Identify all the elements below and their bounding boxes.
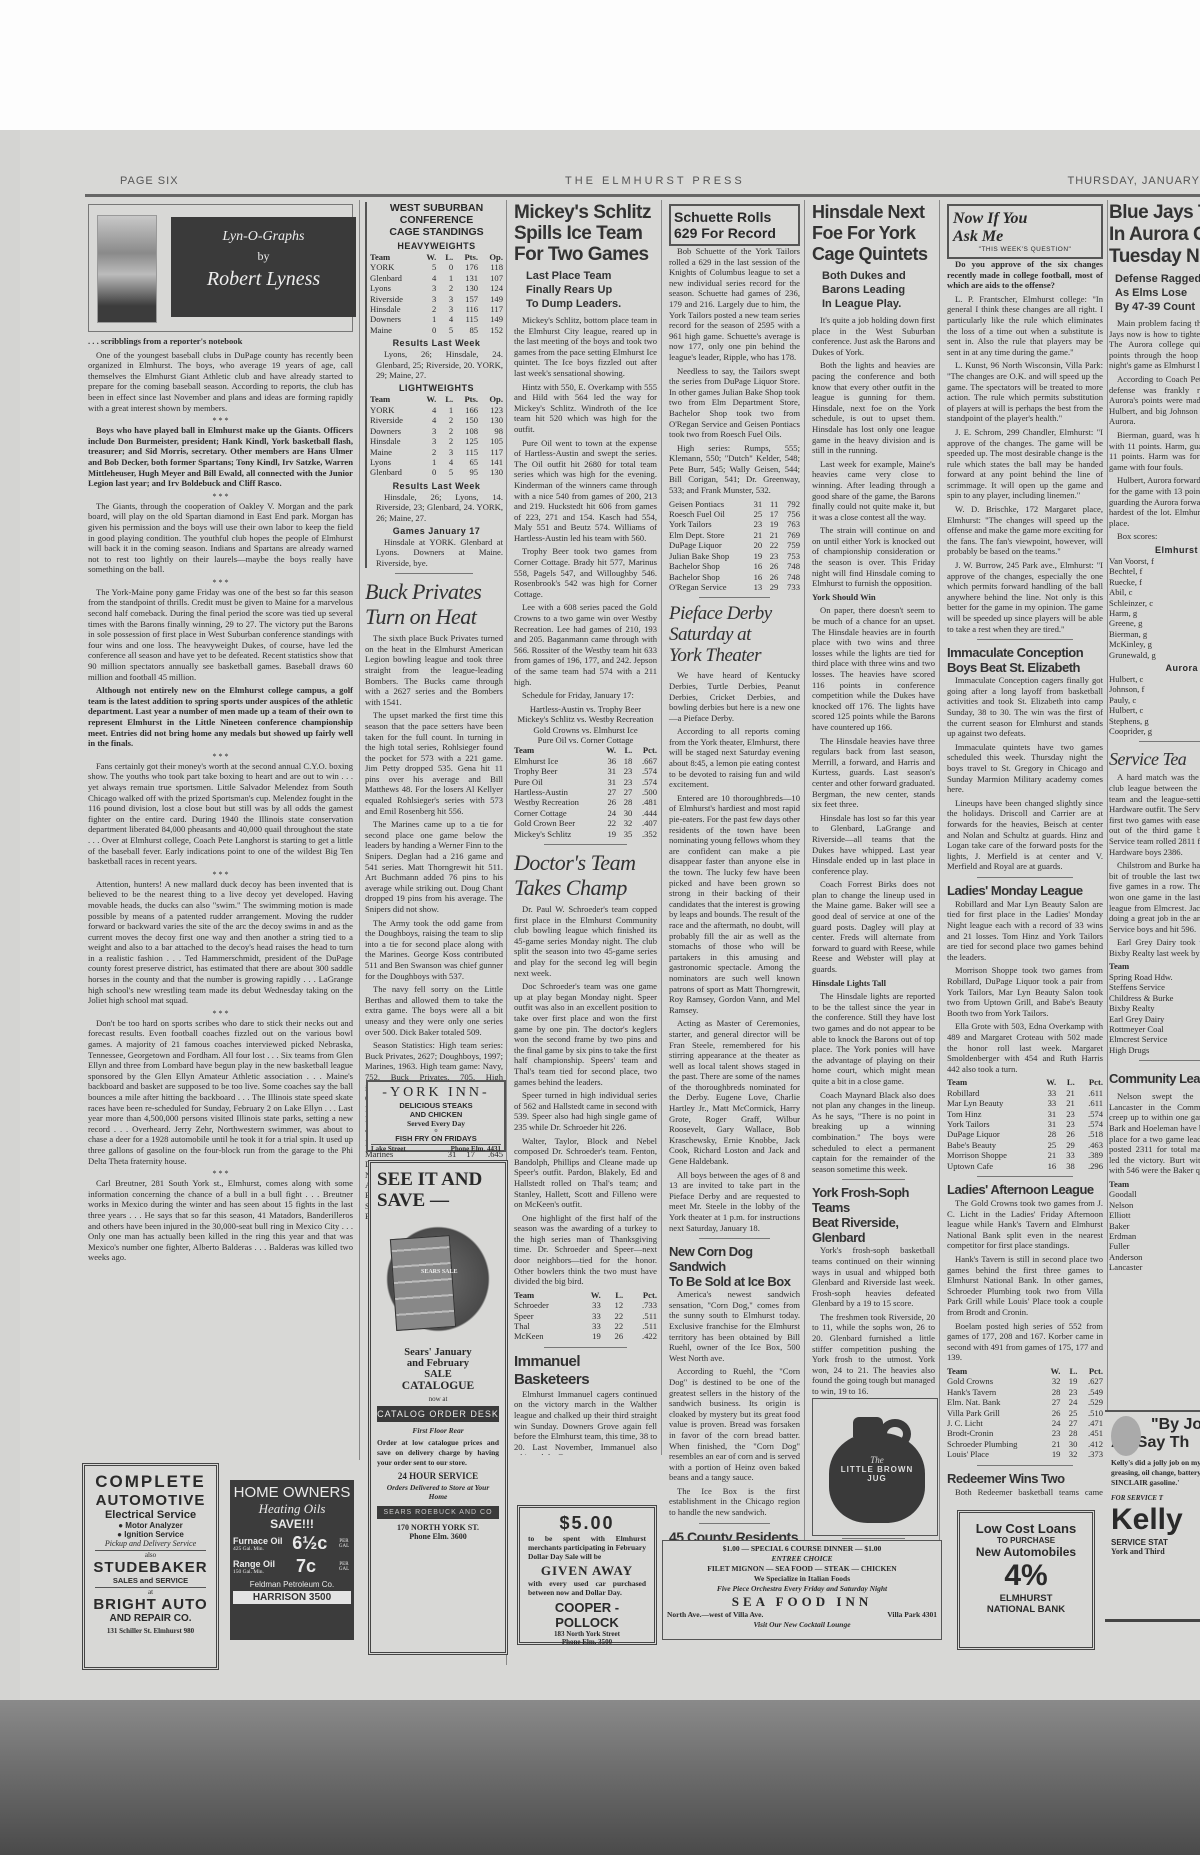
article-paragraph: America's newest sandwich sensation, "Co… <box>669 1289 800 1363</box>
table-row: Elm. Nat. Bank2724.529 <box>947 1397 1103 1407</box>
column-lyn-o-graphs: Lyn-O-Graphs by Robert Lyness . . . scri… <box>82 200 360 1460</box>
deck-line: To Dump Leaders. <box>526 297 645 311</box>
article-paragraph: The Hinsdale heavies have three regulars… <box>812 736 935 810</box>
subhead: York Should Win <box>812 592 935 603</box>
table-row: YORK50176118 <box>370 262 503 272</box>
cell: Schroeder Plumbing <box>947 1439 1042 1449</box>
cell: .667 <box>632 756 657 766</box>
scan-bottom-margin <box>0 1700 1200 1855</box>
cell: 17 <box>762 509 778 519</box>
article-paragraph: High series: Rumps, 555; Klemann, 550; "… <box>669 443 800 496</box>
headline: 629 For Record <box>674 225 795 241</box>
cell: .296 <box>1075 1161 1103 1171</box>
table-row: Childress & Burke30 <box>1109 993 1200 1003</box>
table-row: Julian Bake Shop1923753 <box>669 551 800 561</box>
cell: 85 <box>453 325 478 335</box>
cell: .481 <box>632 797 657 807</box>
headline: Ladies' Monday League <box>947 883 1103 899</box>
article-paragraph: Acting as Master of Ceremonies, starter,… <box>669 1018 800 1166</box>
cell: 107 <box>478 273 503 283</box>
author-photo <box>97 215 157 323</box>
cell: 31 <box>598 766 616 776</box>
divider <box>699 1523 770 1524</box>
cell: 5 <box>417 262 437 272</box>
cell: 748 <box>778 572 800 582</box>
table-header: TeamW.L.Pts.Op. <box>370 394 503 404</box>
schedule-item: Hartless-Austin vs. Trophy Beer <box>514 704 657 714</box>
deck-line: In League Play. <box>822 297 925 311</box>
cell: 141 <box>478 457 503 467</box>
article-paragraph: One highlight of the first half of the s… <box>514 1213 657 1287</box>
cell: Elmcrest Service <box>1109 1034 1200 1044</box>
ad-headline: Low Cost Loans <box>964 1521 1088 1536</box>
schedule-list: Hartless-Austin vs. Trophy Beer Mickey's… <box>514 704 657 746</box>
separator-stars: * * * <box>88 416 353 425</box>
cell: 24 <box>1060 1397 1077 1407</box>
ad-text: First Floor Rear <box>377 1426 499 1435</box>
ad-text: TO PURCHASE <box>964 1536 1088 1545</box>
column-4: Schuette Rolls 629 For Record Bob Schuet… <box>665 200 805 1540</box>
team-name: Lancaster <box>1109 1262 1200 1272</box>
cell: 108 <box>453 426 478 436</box>
headline: York Theater <box>669 645 800 666</box>
cell: 130 <box>478 467 503 477</box>
article-paragraph: The navy fell sorry on the Little Bertha… <box>365 984 503 1037</box>
ad-text: Sears' January <box>377 1347 499 1358</box>
cell: .529 <box>1077 1397 1103 1407</box>
table-header: TeamW.L.Pct. <box>514 745 657 755</box>
col-header: L. <box>436 252 453 262</box>
cell: 2 <box>417 304 437 314</box>
col-header: Pts. <box>453 394 478 404</box>
cell: Steffens Service <box>1109 982 1200 992</box>
schedule-item: Pure Oil vs. Corner Cottage <box>514 735 657 745</box>
cell: 3 <box>417 294 437 304</box>
table-row: McKeen1926.422 <box>514 1331 657 1341</box>
schedule-item: Gold Crowns vs. Elmhurst Ice <box>514 725 657 735</box>
ad-text: at <box>95 1587 206 1596</box>
games-label: Games January 17 <box>370 526 503 536</box>
cell: 3 <box>417 426 437 436</box>
standings-box: WEST SUBURBAN CONFERENCE CAGE STANDINGS … <box>365 202 503 568</box>
ad-contact-row: Lake Street Phone Elm. 4431 <box>371 1144 501 1153</box>
table-row: YORK41166123 <box>370 405 503 415</box>
ad-text: DELICIOUS STEAKS <box>371 1101 501 1110</box>
masthead-rule <box>85 194 1200 197</box>
ad-unit: PER GAL <box>337 1539 351 1549</box>
article-paragraph: Main problem facing the Elmhurst Blue Ja… <box>1109 318 1200 371</box>
table-row: DuPage Liquor2022759 <box>669 540 800 550</box>
ad-min: 425 Gal. Min. <box>233 1546 283 1552</box>
cell: 149 <box>478 314 503 324</box>
divider <box>544 844 627 845</box>
table-row: Downers3210898 <box>370 426 503 436</box>
schedule-item: Mickey's Schlitz vs. Westby Recreation <box>514 714 657 724</box>
col-header: W. <box>1036 1077 1057 1087</box>
col-header: L. <box>616 745 632 755</box>
article-paragraph: The Marines came up to a tie for second … <box>365 819 503 914</box>
cell: Gold Crowns <box>947 1376 1042 1386</box>
article-paragraph: Both the lights and heavies are pacing t… <box>812 360 935 455</box>
headline: Ladies' Afternoon League <box>947 1182 1103 1198</box>
catalog-illustration: SEARS SALE <box>379 1219 497 1339</box>
ladies-monday-table: TeamW.L.Pct. Robillard3321.611 Mar Lyn B… <box>947 1077 1103 1171</box>
col-header: Op. <box>478 252 503 262</box>
cell: York Tailors <box>947 1119 1036 1129</box>
ad-elmhurst-national-bank: Low Cost Loans TO PURCHASE New Automobil… <box>957 1510 1095 1650</box>
team-name: Baker <box>1109 1221 1200 1231</box>
cell: 733 <box>778 582 800 592</box>
headline: Redeemer Wins Two <box>947 1471 1103 1487</box>
answer-paragraph: L. P. Frantscher, Elmhurst college: "In … <box>947 294 1103 358</box>
cell: Robillard <box>947 1088 1036 1098</box>
cell: Uptown Cafe <box>947 1161 1036 1171</box>
box-score-team: Elmhurst (39) <box>1109 545 1200 555</box>
cell: .733 <box>623 1300 657 1310</box>
cell: 23 <box>1056 1109 1075 1119</box>
article-paragraph: The Giants, through the cooperation of O… <box>88 501 353 575</box>
cell: 95 <box>453 467 478 477</box>
ad-kelly-service: "By Jove — Ah Say Th Kelly's did a jolly… <box>1105 1410 1200 1622</box>
ad-text: GIVEN AWAY <box>528 1563 646 1579</box>
ladies-afternoon-table: TeamW.L.Pct. Gold Crowns3219.627 Hank's … <box>947 1366 1103 1460</box>
ad-text: FISH FRY ON FRIDAYS <box>371 1134 501 1143</box>
cell: 130 <box>453 283 478 293</box>
article-paragraph: On paper, there doesn't seem to be much … <box>812 605 935 732</box>
cell: Thal <box>514 1321 576 1331</box>
cell: Louis' Place <box>947 1449 1042 1459</box>
col-header: Team <box>1109 1179 1200 1189</box>
table-header: TeamW.L.Pts.Op. <box>370 252 503 262</box>
cell: 27 <box>598 787 616 797</box>
cell: 26 <box>762 561 778 571</box>
table-row: Bachelor Shop1626748 <box>669 561 800 571</box>
article-paragraph: Boelam posted high series of 552 from ga… <box>947 1321 1103 1363</box>
col-header: Op. <box>478 394 503 404</box>
cell: 23 <box>1056 1119 1075 1129</box>
cell: DuPage Liquor <box>947 1129 1036 1139</box>
cell: .627 <box>1077 1376 1103 1386</box>
team-name: Nelson <box>1109 1200 1200 1210</box>
col-header: Pct. <box>632 745 657 755</box>
cell: 115 <box>453 314 478 324</box>
table-row: Pure Oil3123.574 <box>514 777 657 787</box>
headline: Schuette Rolls <box>674 209 795 225</box>
cell: 23 <box>1060 1387 1077 1397</box>
results-text: Hinsdale, 26; Lyons, 14. Riverside, 23; … <box>370 492 503 523</box>
cell: Bachelor Shop <box>669 572 746 582</box>
ad-business-name: Kelly <box>1111 1502 1200 1538</box>
headline: Boys Beat St. Elizabeth <box>947 660 1103 675</box>
table-row: Maine0585152 <box>370 325 503 335</box>
headline: Service Tea <box>1109 747 1200 772</box>
player: Hulbert, c <box>1109 705 1200 715</box>
divider <box>1139 741 1200 742</box>
cell: 5 <box>436 467 453 477</box>
article-paragraph: Fans certainly got their money's worth a… <box>88 761 353 867</box>
cell: 1 <box>417 314 437 324</box>
article-paragraph: Hintz with 550, E. Overkamp with 555 and… <box>514 382 657 435</box>
table-header: TeamW.L.Pct. <box>947 1366 1103 1376</box>
answer-paragraph: J. E. Schrom, 299 Chandler, Elmhurst: "I… <box>947 427 1103 501</box>
headline: Mickey's Schlitz <box>514 202 657 223</box>
cell: Lyons <box>370 457 417 467</box>
banner-author: Robert Lyness <box>171 268 356 291</box>
ad-company-banner: SEARS ROEBUCK AND CO <box>377 1506 499 1519</box>
ad-text: FILET MIGNON — SEA FOOD — STEAK — CHICKE… <box>667 1564 937 1574</box>
ad-business-name: -YORK INN- <box>371 1085 501 1101</box>
city-league-table: TeamW.L.Pct. Elmhurst Ice3618.667 Trophy… <box>514 745 657 839</box>
headline: Community Leagu <box>1109 1066 1200 1091</box>
cell: .574 <box>1075 1109 1103 1119</box>
cell: 21 <box>1056 1088 1075 1098</box>
table-row: Riverside33157149 <box>370 294 503 304</box>
banner-by: by <box>171 249 356 264</box>
article-paragraph: Coach Forrest Birks does not plan to cha… <box>812 879 935 974</box>
player: Cooprider, g <box>1109 726 1200 736</box>
ad-text: Visit Our New Cocktail Lounge <box>667 1620 937 1630</box>
ad-headline: New Automobiles <box>964 1545 1088 1559</box>
cell: Julian Bake Shop <box>669 551 746 561</box>
cell: 25 <box>1060 1408 1077 1418</box>
ad-address: York and Third <box>1111 1547 1200 1556</box>
cell: 33 <box>1036 1088 1057 1098</box>
cell: 31 <box>1036 1109 1057 1119</box>
cell: 29 <box>762 582 778 592</box>
divider <box>699 1238 770 1239</box>
cell: 36 <box>598 756 616 766</box>
deck-line: Both Dukes and <box>822 269 925 283</box>
cell: .574 <box>632 777 657 787</box>
cell: 33 <box>1056 1150 1075 1160</box>
ad-phone: Villa Park 4301 <box>887 1610 937 1620</box>
cell: 1 <box>417 457 437 467</box>
article-paragraph: The Army took the odd game from the Doug… <box>365 918 503 982</box>
table-row: Brodt-Cronin2328.451 <box>947 1428 1103 1438</box>
article-paragraph: The Hinsdale lights are reported to be t… <box>812 991 935 1086</box>
cell: 2 <box>436 415 453 425</box>
ad-sears: SEE IT AND SAVE — SEARS SALE Sears' Janu… <box>368 1160 508 1655</box>
cell: 125 <box>453 436 478 446</box>
article-paragraph: Ella Grote with 503, Edna Overkamp with … <box>947 1021 1103 1074</box>
cell: 753 <box>778 551 800 561</box>
article-paragraph: Attention, hunters! A new mallard duck d… <box>88 879 353 1006</box>
table-row: Louis' Place1932.373 <box>947 1449 1103 1459</box>
team-name: Erdman <box>1109 1231 1200 1241</box>
table-row: Villa Park Grill2625.510 <box>947 1408 1103 1418</box>
cell: 24 <box>598 808 616 818</box>
divider <box>842 1538 905 1539</box>
cell: 28 <box>1036 1129 1057 1139</box>
ad-text: now at <box>377 1395 499 1403</box>
page-number: PAGE SIX <box>120 175 179 187</box>
article-paragraph: Coach Maynard Black also does not plan a… <box>812 1090 935 1175</box>
cell: Maine <box>370 325 417 335</box>
headline: 45 County Residents <box>669 1529 800 1540</box>
article-paragraph: Although not entirely new on the Elmhurs… <box>88 685 353 749</box>
paper-title: THE ELMHURST PRESS <box>565 175 745 187</box>
cell: 117 <box>478 304 503 314</box>
cell: 28 <box>616 797 632 807</box>
ad-text: 24 HOUR SERVICE <box>377 1471 499 1481</box>
deck-line: As Elms Lose <box>1115 286 1194 300</box>
lightweights-table: TeamW.L.Pts.Op. YORK41166123 Riverside42… <box>370 394 503 477</box>
cell: Lyons <box>370 283 417 293</box>
headline: Spills Ice Team <box>514 223 657 244</box>
cell: 4 <box>436 314 453 324</box>
article-paragraph: The Ice Box is the first establishment i… <box>669 1486 800 1518</box>
schedule-label: Schedule for Friday, January 17: <box>514 690 657 701</box>
cell: 33 <box>576 1321 601 1331</box>
community-club-table: TeamW.L.Pct. Schroeder3312.733 Speer3322… <box>514 1290 657 1342</box>
ad-text: SALES and SERVICE <box>89 1576 212 1585</box>
cell: 28 <box>1060 1428 1077 1438</box>
article-paragraph: Immaculate Conception cagers finally got… <box>947 675 1103 739</box>
ad-script: Heating Oils <box>233 1501 351 1517</box>
heavyweights-table: TeamW.L.Pts.Op. YORK50176118 Glenbard411… <box>370 252 503 335</box>
article-paragraph: According to Ruehl, the "Corn Dog" is de… <box>669 1366 800 1483</box>
deck-line: Barons Leading <box>822 283 925 297</box>
cell: 756 <box>778 509 800 519</box>
team-name: Goodall <box>1109 1189 1200 1199</box>
results-text: Lyons, 26; Hinsdale, 24. Glenbard, 25; R… <box>370 349 503 380</box>
ad-business-name: NATIONAL BANK <box>964 1604 1088 1615</box>
article-paragraph: Mickey's Schlitz, bottom place team in t… <box>514 315 657 379</box>
table-row: Geisen Pontiacs3111792 <box>669 499 800 509</box>
ad-text: We Specialize in Italian Foods <box>667 1574 937 1584</box>
col-header: W. <box>576 1290 601 1300</box>
player: Hulbert, c <box>1109 674 1200 684</box>
headline: Buck Privates <box>365 579 503 604</box>
cell: 27 <box>1042 1397 1061 1407</box>
scan-top-margin <box>0 0 1200 130</box>
ad-business-name: SEA FOOD INN <box>667 1594 937 1610</box>
cell: J. C. Licht <box>947 1418 1042 1428</box>
article-paragraph: Last week for example, Maine's heavies c… <box>812 459 935 523</box>
col-header: Team <box>947 1366 1042 1376</box>
answer-paragraph: W. D. Brischke, 172 Margaret place, Elmh… <box>947 504 1103 557</box>
column-label: "THIS WEEK'S QUESTION" <box>953 246 1097 253</box>
col-header: L. <box>601 1290 623 1300</box>
col-header: Team <box>514 1290 576 1300</box>
cell: 19 <box>1042 1449 1061 1459</box>
cell: 2 <box>436 436 453 446</box>
cell: Hinsdale <box>370 304 417 314</box>
ad-text: and February <box>377 1358 499 1369</box>
cell: 0 <box>417 325 437 335</box>
cell: 26 <box>762 572 778 582</box>
cell: 116 <box>453 304 478 314</box>
cell: 22 <box>601 1311 623 1321</box>
article-paragraph: Needless to say, the Tailors swept the s… <box>669 366 800 440</box>
article-paragraph: Elmhurst Immanuel cagers continued on th… <box>514 1389 657 1455</box>
cell: 21 <box>1036 1150 1057 1160</box>
cell: .510 <box>1077 1408 1103 1418</box>
headline: New Corn Dog Sandwich <box>669 1244 800 1274</box>
cell: Downers <box>370 314 417 324</box>
headline: Beat Riverside, Glenbard <box>812 1215 935 1245</box>
cell: High Drugs <box>1109 1045 1200 1055</box>
cell: 33 <box>1036 1098 1057 1108</box>
cell: 21 <box>746 530 762 540</box>
banner-title: Lyn-O-Graphs <box>171 229 356 245</box>
divider <box>1139 1060 1200 1061</box>
cell: 18 <box>616 756 632 766</box>
table-row: Uptown Cafe1638.296 <box>947 1161 1103 1171</box>
article-paragraph: Lee with a 608 series paced the Gold Cro… <box>514 602 657 687</box>
divider <box>842 1179 905 1180</box>
cell: Riverside <box>370 415 417 425</box>
cell: 3 <box>436 294 453 304</box>
article-paragraph: Earl Grey Dairy took two games from Bixb… <box>1109 937 1200 958</box>
headline: Doctor's Team <box>514 850 657 875</box>
table-row: York Tailors3123.574 <box>947 1119 1103 1129</box>
cell: 130 <box>478 415 503 425</box>
cell: DuPage Liquor <box>669 540 746 550</box>
player: Abil, c <box>1109 587 1200 597</box>
article-paragraph: According to all reports coming from the… <box>669 726 800 790</box>
ad-headline: COMPLETE <box>89 1472 212 1492</box>
table-row: Robillard3321.611 <box>947 1088 1103 1098</box>
deck-line: Last Place Team <box>526 269 645 283</box>
player: Ruecke, f <box>1109 577 1200 587</box>
player: Bierman, g <box>1109 629 1200 639</box>
article-paragraph: The freshmen took Riverside, 20 to 11, w… <box>812 1312 935 1397</box>
cell: 2 <box>417 447 437 457</box>
divider <box>977 1176 1073 1177</box>
cell: Villa Park Grill <box>947 1408 1042 1418</box>
cell: 33 <box>576 1311 601 1321</box>
deck-line: Defense Ragged <box>1115 272 1194 286</box>
divider <box>699 597 770 598</box>
cell: 4 <box>417 273 437 283</box>
cell: Maine <box>370 447 417 457</box>
cell: Corner Cottage <box>514 808 598 818</box>
cell: 19 <box>746 551 762 561</box>
cell: 149 <box>478 294 503 304</box>
cell: 23 <box>616 766 632 776</box>
cell: 105 <box>478 436 503 446</box>
cell: Westby Recreation <box>514 797 598 807</box>
cell: YORK <box>370 262 417 272</box>
ad-feldman-petroleum: HOME OWNERS Heating Oils SAVE!!! Furnace… <box>230 1480 354 1640</box>
deck-line: By 47-39 Count <box>1115 300 1194 314</box>
cell: Babe's Beauty <box>947 1140 1036 1150</box>
ad-york-inn: -YORK INN- DELICIOUS STEAKS AND CHICKEN … <box>366 1080 506 1152</box>
cell: 23 <box>616 777 632 787</box>
ad-text: SERVICE STAT <box>1111 1538 1200 1547</box>
cell: 150 <box>453 415 478 425</box>
cell: 16 <box>746 572 762 582</box>
cell: Childress & Burke <box>1109 993 1200 1003</box>
ad-body: with every used car purchased between no… <box>528 1579 646 1597</box>
table-row: Schroeder Plumbing2130.412 <box>947 1439 1103 1449</box>
article-paragraph: Lineups have been changed slightly since… <box>947 798 1103 872</box>
cell: 26 <box>601 1331 623 1341</box>
player: Bechtel, f <box>1109 566 1200 576</box>
ad-price: 6½c <box>292 1533 327 1554</box>
cell: 30 <box>616 808 632 818</box>
article-paragraph: Pure Oil went to town at the expense of … <box>514 438 657 544</box>
cell: 22 <box>598 818 616 828</box>
article-paragraph: Speer turned in high individual series o… <box>514 1090 657 1132</box>
cell: Downers <box>370 426 417 436</box>
deck: Both Dukes and Barons Leading In League … <box>812 265 935 315</box>
cell: 27 <box>1060 1418 1077 1428</box>
cell: .389 <box>1075 1150 1103 1160</box>
cell: 98 <box>478 426 503 436</box>
article-paragraph: Both Redeemer basketball teams came thro… <box>947 1487 1103 1495</box>
